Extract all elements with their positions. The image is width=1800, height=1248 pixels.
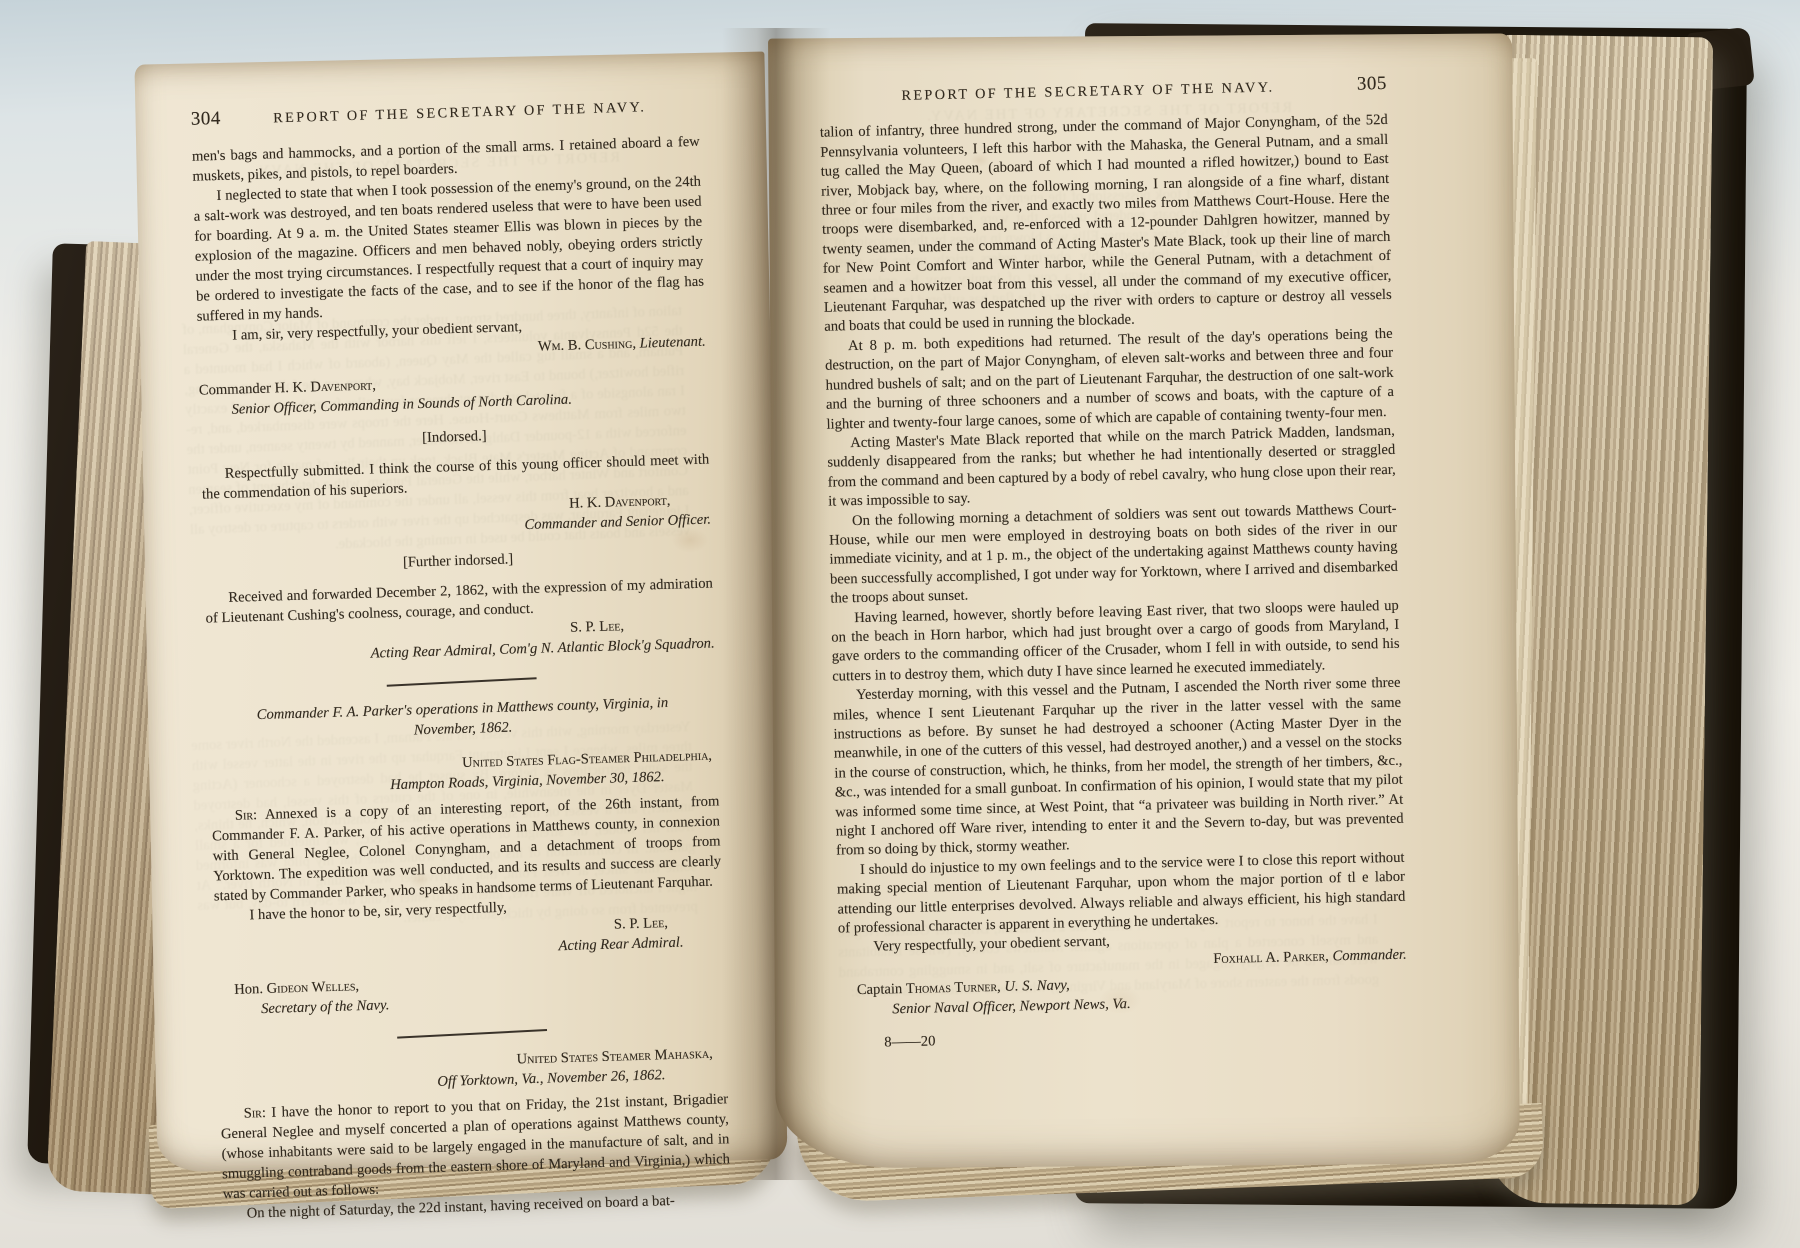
paragraph: On the following morning a detachment of… [828,499,1398,609]
signature-name-text: S. P. Lee, [614,915,668,933]
running-header: REPORT OF THE SECRETARY OF THE NAVY. [221,96,699,130]
address-name: H. K. Davenport, [274,377,376,396]
paragraph: talion of infantry, three hundred strong… [820,111,1393,337]
signature-role: Commander. [1332,947,1407,965]
paragraph-text: I have the honor to report to you that o… [221,1091,730,1202]
signature-name: Wm. B. Cushing, [538,336,637,355]
paragraph: Yesterday morning, with this vessel and … [832,674,1404,861]
indorsed-label: [Indorsed.] [200,420,708,455]
book-photo: REPORT OF THE SECRETARY OF THE NAVY. tal… [0,0,1800,1248]
paragraph: I should do injustice to my own feelings… [836,849,1406,939]
signature-name-text: H. K. Davenport, [569,493,671,512]
address-name: Thomas Turner, [906,979,1005,997]
left-page-text-column: 304 REPORT OF THE SECRETARY OF THE NAVY.… [191,95,732,1225]
right-page-header: REPORT OF THE SECRETARY OF THE NAVY. 305 [819,74,1387,108]
running-header: REPORT OF THE SECRETARY OF THE NAVY. [819,77,1357,109]
paragraph: Having learned, however, shortly before … [831,596,1401,686]
signature-name-text: S. P. Lee, [570,618,624,636]
salutation: Sir: [243,1105,266,1122]
paragraph-text: Annexed is a copy of an interesting repo… [212,793,721,904]
left-page: REPORT OF THE SECRETARY OF THE NAVY. tal… [134,52,787,1173]
address-prefix: Commander [199,380,275,398]
paragraph: I neglected to state that when I took po… [193,172,705,327]
salutation: Sir: [235,807,258,824]
address-prefix: Hon. [234,981,267,998]
right-page: REPORT OF THE SECRETARY OF THE NAVY. I n… [768,33,1520,1168]
printer-signature-mark: 8——20 [840,1022,1408,1054]
section-divider [387,677,537,687]
section-divider [397,1029,547,1039]
signature-name: Foxhall A. Parker, [1213,948,1329,967]
address-name-italic: U. S. Navy, [1004,978,1070,995]
left-page-header: 304 REPORT OF THE SECRETARY OF THE NAVY. [191,95,699,131]
page-number: 304 [191,109,222,130]
further-indorsed-label: [Further indorsed.] [204,544,712,579]
paragraph: Sir: Annexed is a copy of an interesting… [211,791,722,906]
paragraph: At 8 p. m. both expeditions had returned… [825,325,1395,435]
page-number: 305 [1357,74,1387,94]
section-title: Commander F. A. Parker's operations in M… [208,691,717,746]
right-page-text-column: REPORT OF THE SECRETARY OF THE NAVY. 305… [819,74,1409,1054]
signature-role: Lieutenant. [639,334,706,352]
address-prefix: Captain [857,981,906,998]
paragraph: Acting Master's Mate Black reported that… [827,422,1397,512]
paragraph: Sir: I have the honor to report to you t… [220,1089,731,1204]
address-name: Gideon Welles, [266,978,359,997]
